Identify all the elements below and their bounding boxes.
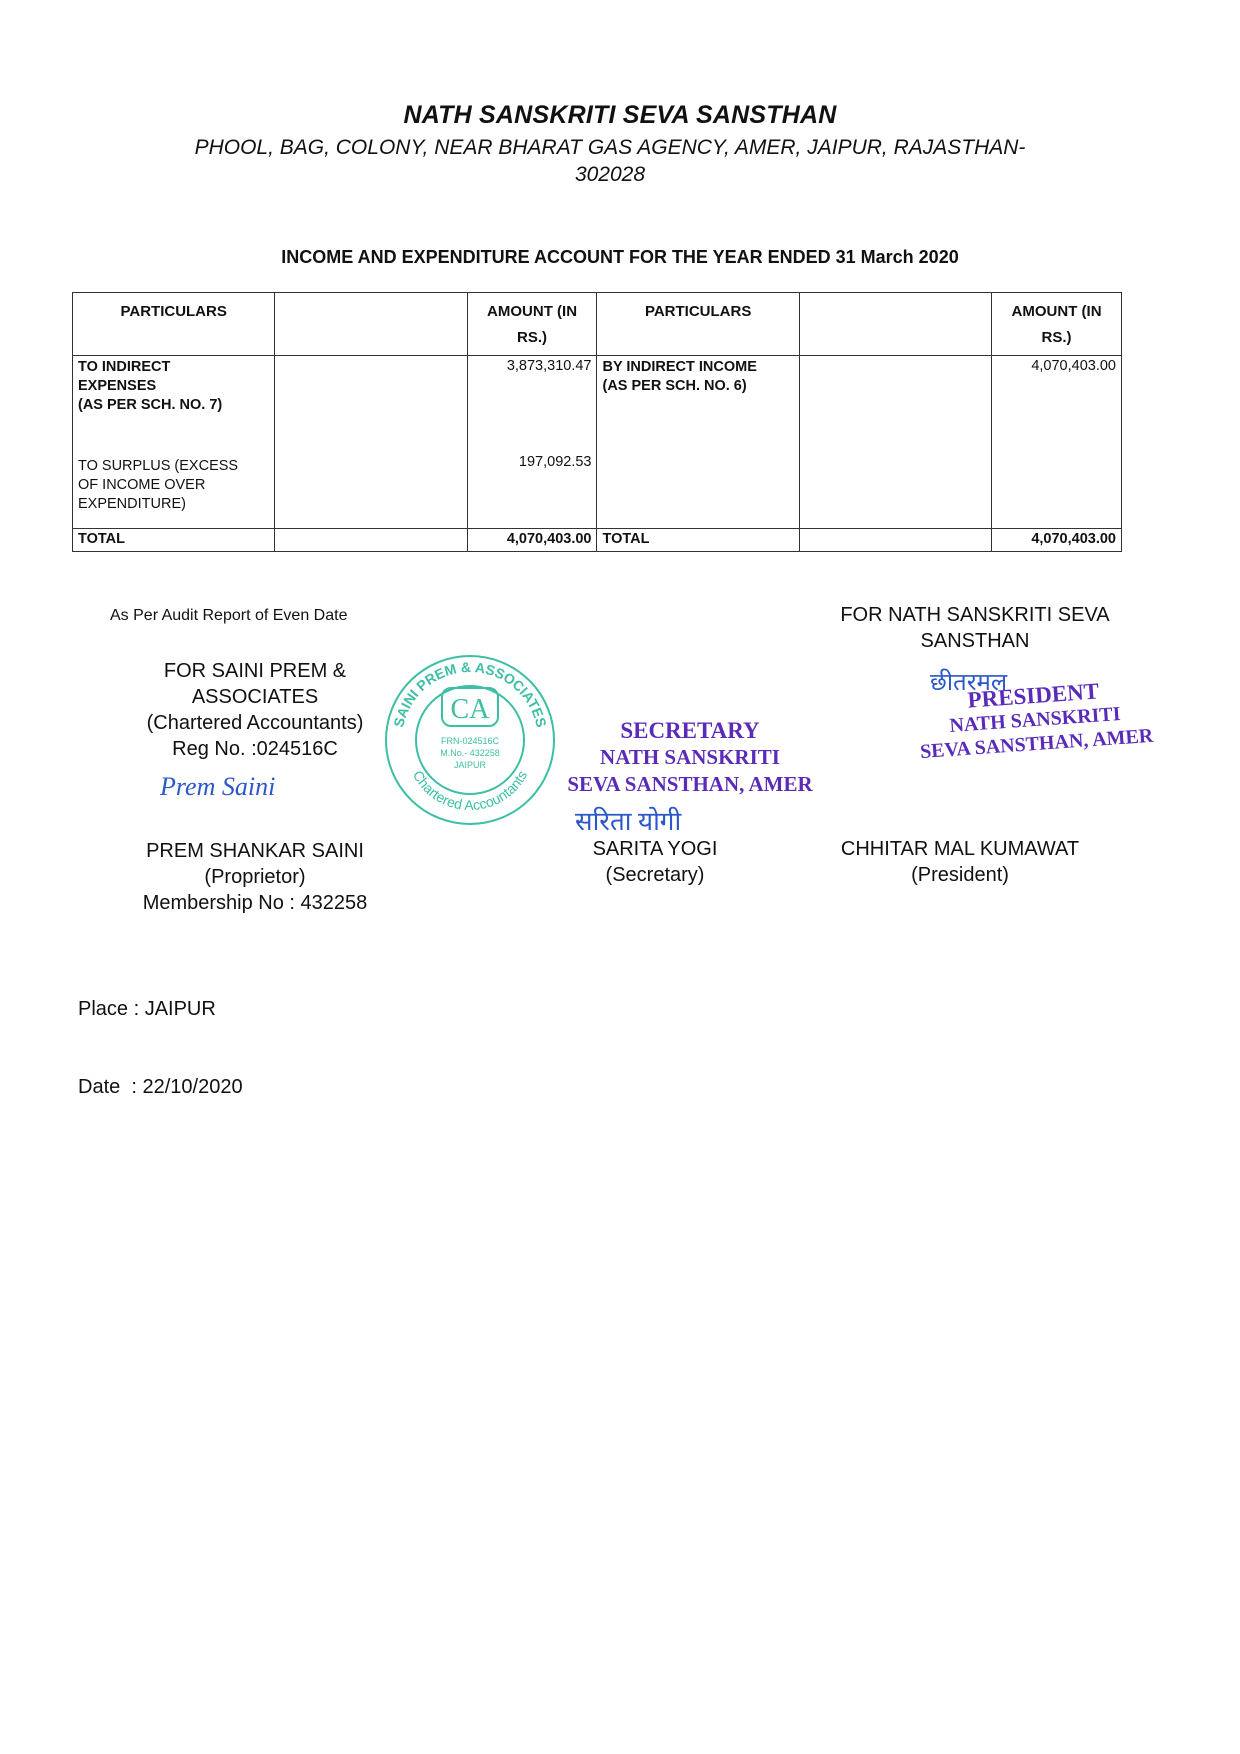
ca-stamp-icon: SAINI PREM & ASSOCIATES Chartered Accoun… (380, 650, 560, 830)
total-left-label: TOTAL (73, 529, 275, 552)
auditor-signatory-block: PREM SHANKAR SAINI (Proprietor) Membersh… (110, 838, 400, 916)
income-item-indirect-income: BY INDIRECT INCOME (AS PER SCH. NO. 6) (602, 358, 793, 396)
expenditure-blank-cell (275, 356, 467, 529)
audit-note: As Per Audit Report of Even Date (110, 607, 347, 625)
statement-title: INCOME AND EXPENDITURE ACCOUNT FOR THE Y… (0, 247, 1240, 268)
for-org-line1: FOR NATH SANSKRITI SEVA (790, 602, 1160, 628)
for-org-line2: SANSTHAN (790, 628, 1160, 654)
amount-surplus: 197,092.53 (473, 454, 592, 470)
secretary-name: SARITA YOGI (560, 836, 750, 862)
expenditure-item-surplus: TO SURPLUS (EXCESS OF INCOME OVER EXPEND… (78, 457, 269, 514)
header-left-amount-line2: RS.) (517, 329, 547, 346)
svg-text:FRN-024516C: FRN-024516C (441, 736, 500, 746)
svg-text:JAIPUR: JAIPUR (454, 760, 487, 770)
secretary-stamp: SECRETARY NATH SANSKRITI SEVA SANSTHAN, … (560, 717, 820, 798)
label-line: EXPENSES (78, 377, 269, 396)
place-date-block: Place : JAIPUR Date : 22/10/2020 (78, 944, 243, 1126)
label-line: EXPENDITURE) (78, 495, 269, 514)
firm-reg-no: Reg No. :024516C (110, 736, 400, 762)
header-right-particulars: PARTICULARS (597, 293, 799, 356)
svg-text:CA: CA (451, 694, 491, 725)
firm-line-2: ASSOCIATES (110, 684, 400, 710)
expenditure-amount-cell: 3,873,310.47 197,092.53 (467, 356, 597, 529)
total-left-amount: 4,070,403.00 (467, 529, 597, 552)
president-signatory-block: CHHITAR MAL KUMAWAT (President) (810, 836, 1110, 888)
organization-address: PHOOL, BAG, COLONY, NEAR BHARAT GAS AGEN… (80, 134, 1140, 188)
header-right-amount-line2: RS.) (1042, 329, 1072, 346)
income-expenditure-table: PARTICULARS AMOUNT (IN RS.) PARTICULARS … (72, 292, 1122, 552)
expenditure-item-indirect-expenses: TO INDIRECT EXPENSES (AS PER SCH. NO. 7) (78, 358, 269, 415)
total-right-label: TOTAL (597, 529, 799, 552)
total-right-amount: 4,070,403.00 (992, 529, 1122, 552)
secretary-stamp-line2: NATH SANSKRITI (560, 744, 820, 771)
address-line-2: 302028 (80, 161, 1140, 188)
header-right-amount: AMOUNT (IN RS.) (992, 293, 1122, 356)
label-line: BY INDIRECT INCOME (602, 358, 793, 377)
secretary-signature: सरिता योगी (575, 802, 681, 838)
president-name: CHHITAR MAL KUMAWAT (810, 836, 1110, 862)
auditor-name: PREM SHANKAR SAINI (110, 838, 400, 864)
organization-name: NATH SANSKRITI SEVA SANSTHAN (0, 101, 1240, 130)
for-organization-block: FOR NATH SANSKRITI SEVA SANSTHAN (790, 602, 1160, 654)
label-line: (AS PER SCH. NO. 7) (78, 396, 269, 415)
secretary-stamp-line3: SEVA SANSTHAN, AMER (560, 771, 820, 798)
header-left-blank (275, 293, 467, 356)
place: Place : JAIPUR (78, 996, 243, 1022)
table-header-row: PARTICULARS AMOUNT (IN RS.) PARTICULARS … (73, 293, 1122, 356)
president-role: (President) (810, 862, 1110, 888)
auditor-membership: Membership No : 432258 (110, 890, 400, 916)
amount-indirect-income: 4,070,403.00 (997, 358, 1116, 374)
auditor-role: (Proprietor) (110, 864, 400, 890)
table-total-row: TOTAL 4,070,403.00 TOTAL 4,070,403.00 (73, 529, 1122, 552)
total-right-blank (799, 529, 991, 552)
header-left-amount: AMOUNT (IN RS.) (467, 293, 597, 356)
amount-indirect-expenses: 3,873,310.47 (473, 358, 592, 374)
firm-line-1: FOR SAINI PREM & (110, 658, 400, 684)
header-left-particulars: PARTICULARS (73, 293, 275, 356)
income-blank-cell (799, 356, 991, 529)
table-row: TO INDIRECT EXPENSES (AS PER SCH. NO. 7)… (73, 356, 1122, 529)
header-left-amount-line1: AMOUNT (IN (487, 303, 577, 320)
label-line: OF INCOME OVER (78, 476, 269, 495)
ca-stamp: SAINI PREM & ASSOCIATES Chartered Accoun… (380, 650, 560, 830)
secretary-signatory-block: SARITA YOGI (Secretary) (560, 836, 750, 888)
secretary-stamp-line1: SECRETARY (560, 717, 820, 744)
header-right-amount-line1: AMOUNT (IN (1012, 303, 1102, 320)
expenditure-particulars-cell: TO INDIRECT EXPENSES (AS PER SCH. NO. 7)… (73, 356, 275, 529)
secretary-role: (Secretary) (560, 862, 750, 888)
label-line: (AS PER SCH. NO. 6) (602, 377, 793, 396)
label-line: TO INDIRECT (78, 358, 269, 377)
svg-text:M.No.- 432258: M.No.- 432258 (440, 748, 500, 758)
total-left-blank (275, 529, 467, 552)
auditor-firm-block: FOR SAINI PREM & ASSOCIATES (Chartered A… (110, 658, 400, 762)
income-amount-cell: 4,070,403.00 (992, 356, 1122, 529)
label-line: TO SURPLUS (EXCESS (78, 457, 269, 476)
date: Date : 22/10/2020 (78, 1074, 243, 1100)
header-right-blank (799, 293, 991, 356)
income-particulars-cell: BY INDIRECT INCOME (AS PER SCH. NO. 6) (597, 356, 799, 529)
firm-line-3: (Chartered Accountants) (110, 710, 400, 736)
address-line-1: PHOOL, BAG, COLONY, NEAR BHARAT GAS AGEN… (80, 134, 1140, 161)
auditor-signature: Prem Saini (160, 772, 275, 802)
